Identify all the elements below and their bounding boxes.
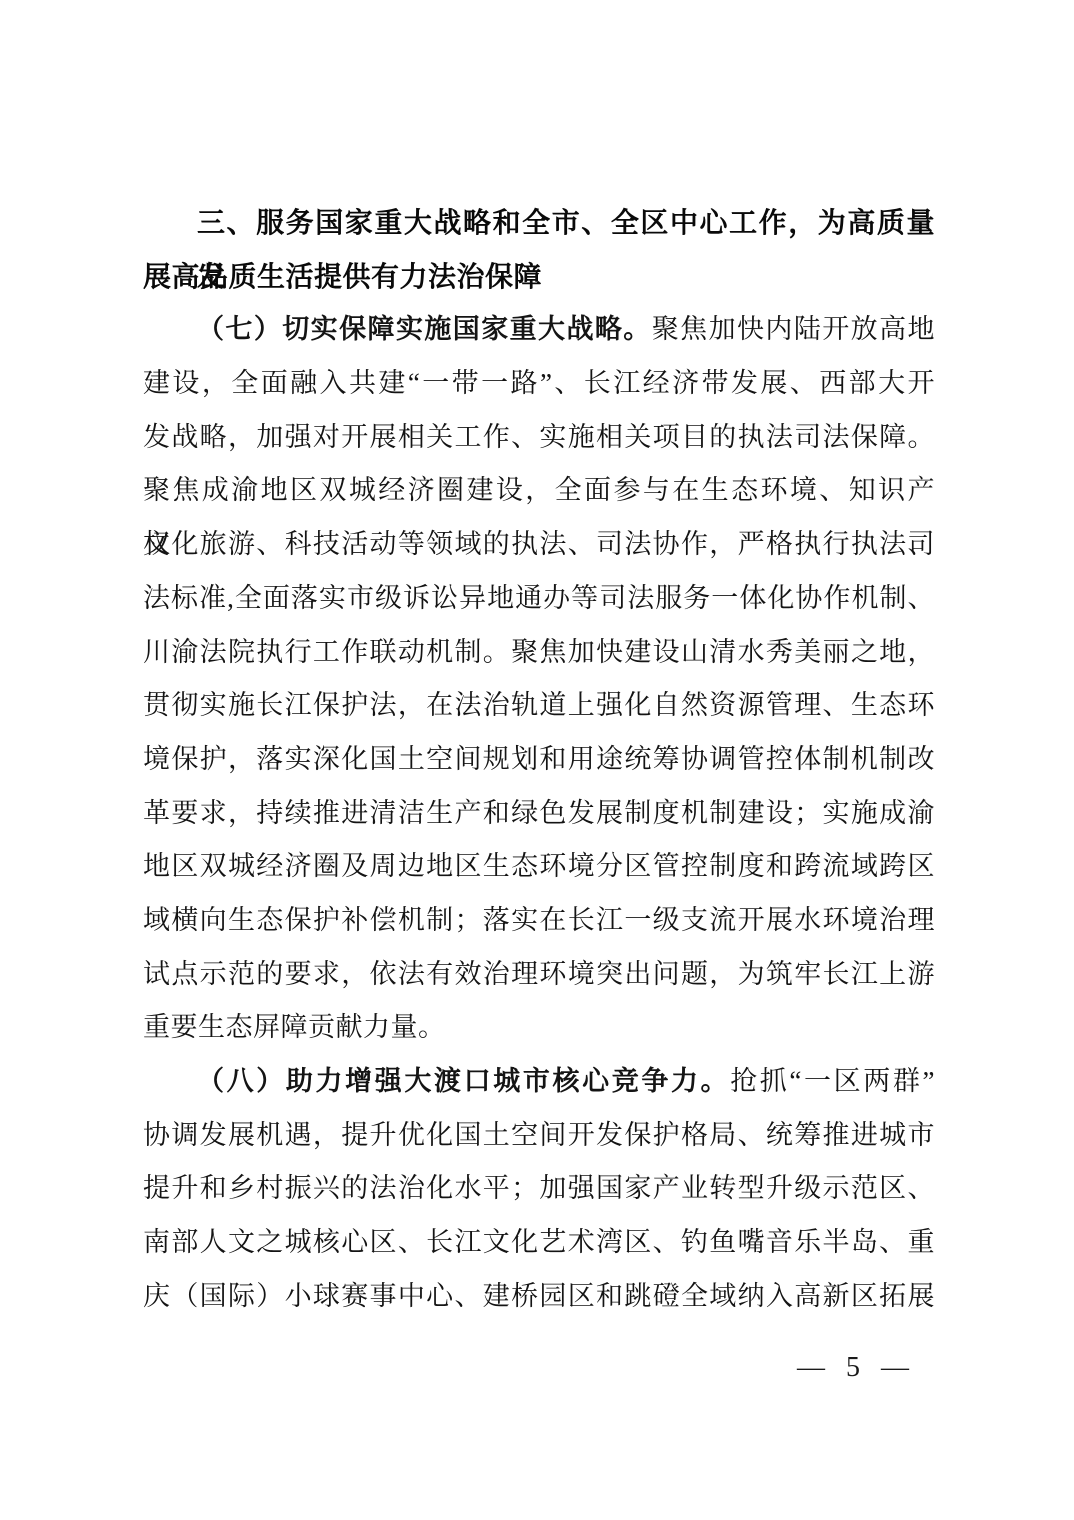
paragraph-7-line-11: 地区双城经济圈及周边地区生态环境分区管控制度和跨流域跨区 [143, 840, 935, 894]
paragraph-7-line-7: 川渝法院执行工作联动机制。聚焦加快建设山清水秀美丽之地， [143, 626, 935, 680]
paragraph-8-line-5: 庆（国际）小球赛事中心、建桥园区和跳磴全域纳入高新区拓展 [143, 1270, 935, 1324]
paragraph-7-line-9: 境保护，落实深化国土空间规划和用途统筹协调管控体制机制改 [143, 733, 935, 787]
paragraph-7-line-8: 贯彻实施长江保护法，在法治轨道上强化自然资源管理、生态环 [143, 679, 935, 733]
section-heading-line-2: 展高品质生活提供有力法治保障 [143, 250, 935, 304]
section-heading-line-1: 三、服务国家重大战略和全市、全区中心工作，为高质量发 [143, 196, 935, 250]
paragraph-8-line-2: 协调发展机遇，提升优化国土空间开发保护格局、统筹推进城市 [143, 1109, 935, 1163]
paragraph-8-line-1: （八）助力增强大渡口城市核心竞争力。抢抓“一区两群” [143, 1055, 935, 1109]
paragraph-8: （八）助力增强大渡口城市核心竞争力。抢抓“一区两群” 协调发展机遇，提升优化国土… [143, 1055, 935, 1323]
section-heading: 三、服务国家重大战略和全市、全区中心工作，为高质量发 展高品质生活提供有力法治保… [143, 196, 935, 303]
paragraph-7-line-14: 重要生态屏障贡献力量。 [143, 1001, 935, 1055]
paragraph-7-line-12: 域横向生态保护补偿机制；落实在长江一级支流开展水环境治理 [143, 894, 935, 948]
paragraph-7-line-10: 革要求，持续推进清洁生产和绿色发展制度机制建设；实施成渝 [143, 787, 935, 841]
paragraph-7-lead: （七）切实保障实施国家重大战略。 [197, 314, 652, 344]
paragraph-8-line-3: 提升和乡村振兴的法治化水平；加强国家产业转型升级示范区、 [143, 1162, 935, 1216]
page-number: — 5 — [797, 1350, 912, 1386]
paragraph-8-line-4: 南部人文之城核心区、长江文化艺术湾区、钓鱼嘴音乐半岛、重 [143, 1216, 935, 1270]
document-page: 三、服务国家重大战略和全市、全区中心工作，为高质量发 展高品质生活提供有力法治保… [0, 0, 1074, 1520]
paragraph-7-line-3: 发战略，加强对开展相关工作、实施相关项目的执法司法保障。 [143, 411, 935, 465]
paragraph-7-line-2: 建设，全面融入共建“一带一路”、长江经济带发展、西部大开 [143, 357, 935, 411]
paragraph-7-line-4: 聚焦成渝地区双城经济圈建设，全面参与在生态环境、知识产权、 [143, 464, 935, 518]
paragraph-7-line-1: （七）切实保障实施国家重大战略。聚焦加快内陆开放高地 [143, 303, 935, 357]
paragraph-7-line-13: 试点示范的要求，依法有效治理环境突出问题，为筑牢长江上游 [143, 948, 935, 1002]
paragraph-7-line-5: 文化旅游、科技活动等领域的执法、司法协作，严格执行执法司 [143, 518, 935, 572]
paragraph-8-line-1-rest: 抢抓“一区两群” [730, 1066, 935, 1096]
paragraph-7-line-6: 法标准,全面落实市级诉讼异地通办等司法服务一体化协作机制、 [143, 572, 935, 626]
document-text-block: 三、服务国家重大战略和全市、全区中心工作，为高质量发 展高品质生活提供有力法治保… [143, 196, 935, 1323]
paragraph-7-line-1-rest: 聚焦加快内陆开放高地 [652, 314, 935, 344]
paragraph-7: （七）切实保障实施国家重大战略。聚焦加快内陆开放高地 建设，全面融入共建“一带一… [143, 303, 935, 1055]
paragraph-8-lead: （八）助力增强大渡口城市核心竞争力。 [197, 1066, 730, 1096]
